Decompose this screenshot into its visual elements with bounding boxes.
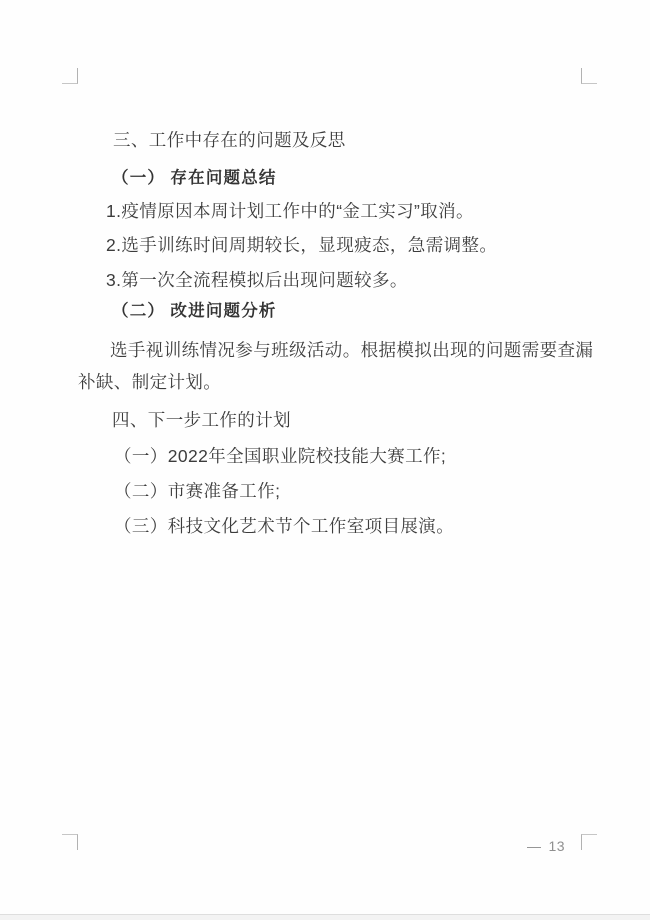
document-page: 三、工作中存在的问题及反思 （一） 存在问题总结 1.疫情原因本周计划工作中的“… <box>0 0 650 920</box>
margin-corner-bottom-left-icon <box>62 834 78 850</box>
problem-item-3: 3.第一次全流程模拟后出现问题较多。 <box>106 268 408 292</box>
page-number-dash: — <box>527 838 542 854</box>
margin-corner-top-left-icon <box>62 68 78 84</box>
problem-item-1: 1.疫情原因本周计划工作中的“金工实习”取消。 <box>106 199 474 223</box>
section-heading-problems: 三、工作中存在的问题及反思 <box>113 128 346 152</box>
analysis-paragraph-line-1: 选手视训练情况参与班级活动。根据模拟出现的问题需要查漏 <box>110 338 593 362</box>
subheading-improvement-analysis: （二） 改进问题分析 <box>112 299 277 323</box>
problem-item-2: 2.选手训练时间周期较长，显现疲态，急需调整。 <box>106 233 497 257</box>
margin-corner-top-right-icon <box>581 68 597 84</box>
plan-item-1: （一）2022年全国职业院校技能大赛工作; <box>114 444 446 468</box>
page-number: —13 <box>527 838 565 854</box>
page-number-value: 13 <box>549 838 566 854</box>
analysis-paragraph-line-2: 补缺、制定计划。 <box>78 370 221 394</box>
margin-corner-bottom-right-icon <box>581 834 597 850</box>
plan-item-3: （三）科技文化艺术节个工作室项目展演。 <box>114 514 454 538</box>
section-heading-next-steps: 四、下一步工作的计划 <box>112 408 291 432</box>
subheading-problem-summary: （一） 存在问题总结 <box>112 166 277 190</box>
plan-item-2: （二）市赛准备工作; <box>114 479 280 503</box>
page-bottom-edge <box>0 914 650 920</box>
